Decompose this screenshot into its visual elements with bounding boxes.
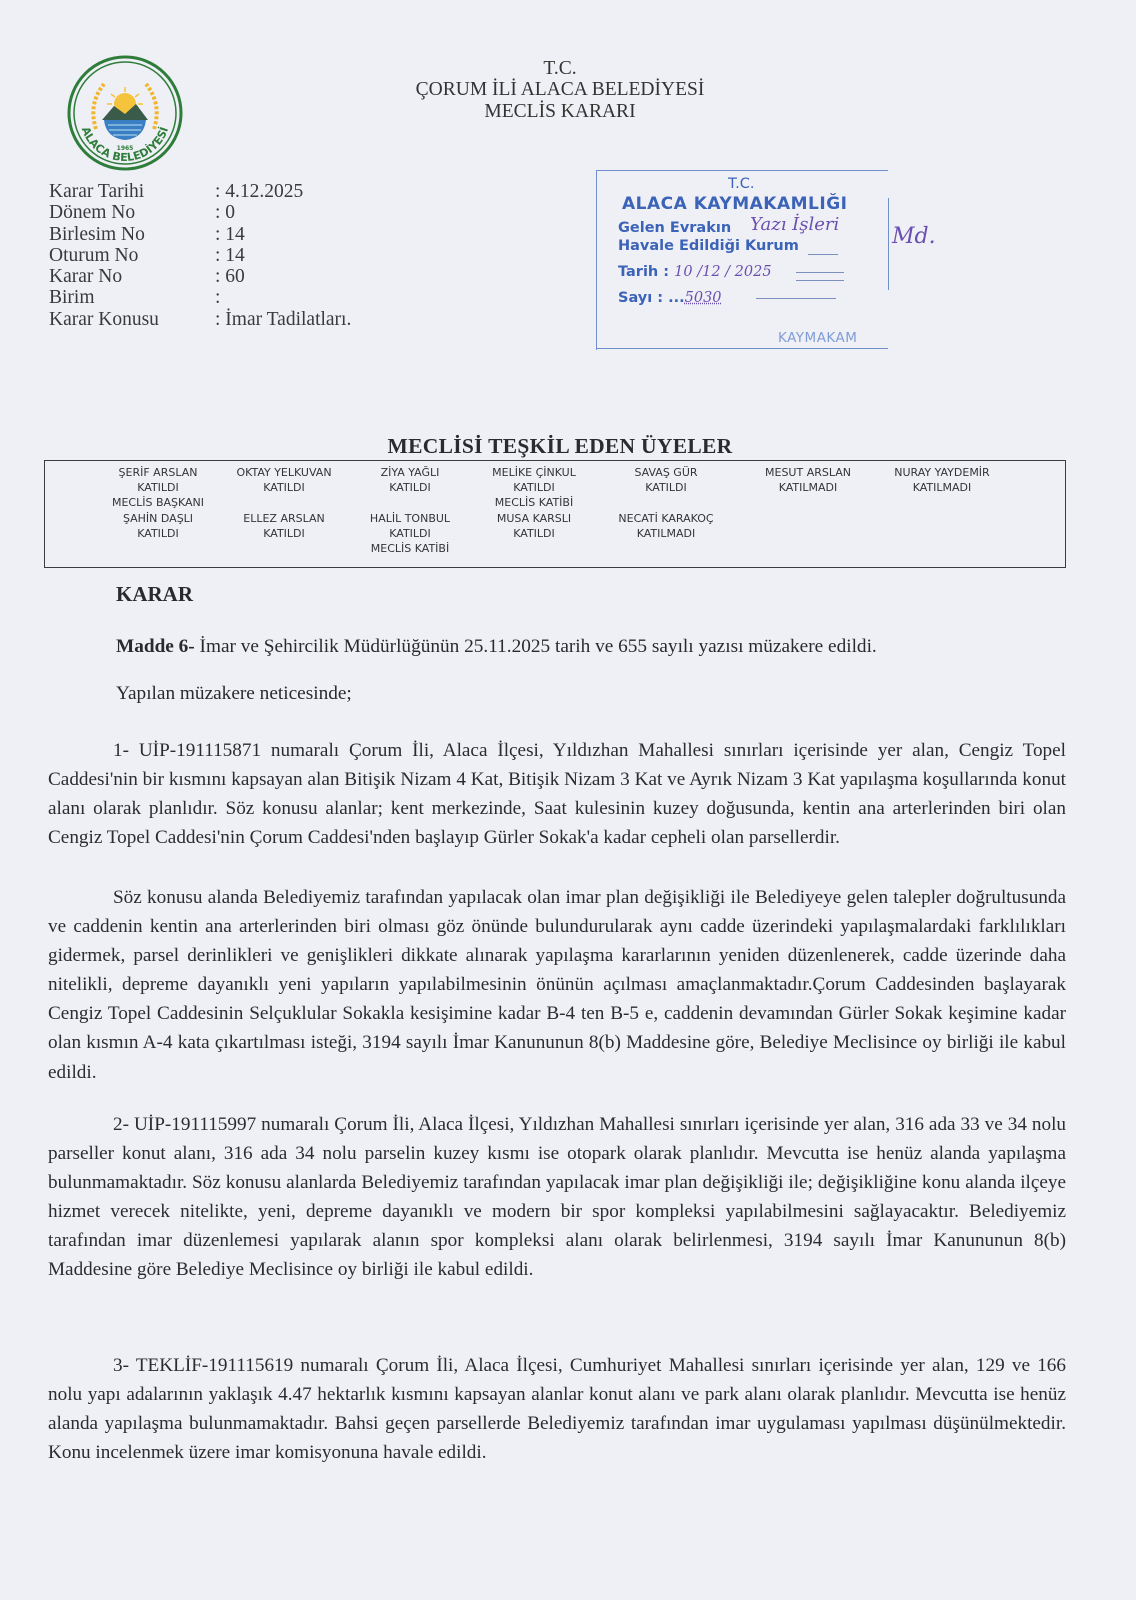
meta-label: Birim: [49, 287, 215, 308]
meta-value: :: [215, 287, 220, 308]
stamp-border-bottom: [596, 348, 888, 349]
member-role: MECLİS KATİBİ: [345, 541, 475, 556]
member-name: MESUT ARSLAN: [743, 465, 873, 480]
member-cell: NECATİ KARAKOÇKATILMADI: [601, 511, 731, 541]
incoming-document-stamp: T.C. ALACA KAYMAKAMLIĞI Gelen Evrakın Ha…: [596, 170, 888, 350]
member-cell: ZİYA YAĞLIKATILDI: [345, 465, 475, 495]
stamp-border-left: [596, 170, 597, 350]
meta-row: Oturum No: 14: [49, 245, 351, 266]
meta-row: Birlesim No: 14: [49, 224, 351, 245]
decision-paragraph-1: 1- UİP-191115871 numaralı Çorum İli, Ala…: [48, 736, 1066, 852]
member-status: KATILDI: [219, 526, 349, 541]
member-name: OKTAY YELKUVAN: [219, 465, 349, 480]
stamp-date: Tarih : 10 /12 / 2025: [618, 264, 772, 280]
member-name: NECATİ KARAKOÇ: [601, 511, 731, 526]
handwritten-md: Md.: [892, 224, 936, 249]
member-cell: OKTAY YELKUVANKATILDI: [219, 465, 349, 495]
member-name: HALİL TONBUL: [345, 511, 475, 526]
meta-row: Karar Tarihi: 4.12.2025: [49, 181, 351, 202]
member-name: ELLEZ ARSLAN: [219, 511, 349, 526]
member-status: KATILMADI: [743, 480, 873, 495]
meta-label: Karar Tarihi: [49, 181, 215, 202]
header-document-type: MECLİS KARARI: [340, 101, 780, 123]
article-label: Madde 6-: [116, 636, 195, 657]
member-status: KATILMADI: [601, 526, 731, 541]
stamp-border-top: [596, 170, 888, 171]
member-status: KATILMADI: [877, 480, 1007, 495]
decision-meta: Karar Tarihi: 4.12.2025 Dönem No: 0 Birl…: [49, 181, 351, 330]
stamp-dash: [756, 298, 836, 299]
member-cell: SAVAŞ GÜRKATILDI: [601, 465, 731, 495]
member-status: KATILDI: [93, 526, 223, 541]
member-status: KATILDI: [345, 480, 475, 495]
stamp-havale-label: Havale Edildiği Kurum: [618, 238, 799, 254]
meta-row: Dönem No: 0: [49, 202, 351, 223]
header-municipality: ÇORUM İLİ ALACA BELEDİYESİ: [340, 79, 780, 101]
member-status: KATILDI: [469, 480, 599, 495]
meta-label: Birlesim No: [49, 224, 215, 245]
member-name: ŞERİF ARSLAN: [93, 465, 223, 480]
meta-row: Karar No: 60: [49, 266, 351, 287]
member-cell: NURAY YAYDEMİRKATILMADI: [877, 465, 1007, 495]
member-name: MUSA KARSLI: [469, 511, 599, 526]
member-cell: ŞERİF ARSLANKATILDIMECLİS BAŞKANI: [93, 465, 223, 510]
stamp-date-label: Tarih :: [618, 264, 669, 280]
member-status: KATILDI: [469, 526, 599, 541]
meta-value: : 4.12.2025: [215, 181, 303, 202]
article-line: Madde 6- İmar ve Şehircilik Müdürlüğünün…: [116, 636, 877, 658]
meta-value: : 0: [215, 202, 235, 223]
member-status: KATILDI: [219, 480, 349, 495]
stamp-tc: T.C.: [728, 176, 754, 192]
meta-value: : İmar Tadilatları.: [215, 309, 351, 330]
member-cell: MUSA KARSLIKATILDI: [469, 511, 599, 541]
stamp-dash: [796, 272, 844, 273]
decision-heading: KARAR: [116, 582, 193, 607]
municipality-logo: 1965 ALACA BELEDİYESİ: [66, 54, 184, 172]
municipality-seal-icon: 1965 ALACA BELEDİYESİ: [66, 54, 184, 172]
stamp-authority: ALACA KAYMAKAMLIĞI: [622, 194, 847, 214]
member-name: MELİKE ÇİNKUL: [469, 465, 599, 480]
members-title: MECLİSİ TEŞKİL EDEN ÜYELER: [300, 434, 820, 459]
member-status: KATILDI: [93, 480, 223, 495]
stamp-number-value: 5030: [685, 290, 722, 306]
member-cell: ELLEZ ARSLANKATILDI: [219, 511, 349, 541]
decision-intro: Yapılan müzakere neticesinde;: [116, 683, 352, 705]
member-cell: ŞAHİN DAŞLIKATILDI: [93, 511, 223, 541]
article-text: İmar ve Şehircilik Müdürlüğünün 25.11.20…: [195, 636, 877, 657]
member-role: MECLİS KATİBİ: [469, 495, 599, 510]
stamp-dash: [796, 280, 844, 281]
meta-label: Oturum No: [49, 245, 215, 266]
meta-label: Karar No: [49, 266, 215, 287]
stamp-footer: KAYMAKAM: [778, 330, 857, 346]
meta-value: : 14: [215, 224, 245, 245]
meta-value: : 60: [215, 266, 245, 287]
member-name: NURAY YAYDEMİR: [877, 465, 1007, 480]
member-name: SAVAŞ GÜR: [601, 465, 731, 480]
stamp-date-value: 10 /12 / 2025: [674, 264, 771, 280]
member-name: ŞAHİN DAŞLI: [93, 511, 223, 526]
member-cell: MELİKE ÇİNKULKATILDIMECLİS KATİBİ: [469, 465, 599, 510]
stamp-dash: [808, 254, 838, 255]
member-role: MECLİS BAŞKANI: [93, 495, 223, 510]
member-status: KATILDI: [345, 526, 475, 541]
meta-row: Karar Konusu: İmar Tadilatları.: [49, 309, 351, 330]
stamp-number: Sayı : ...5030: [618, 290, 722, 306]
meta-row: Birim:: [49, 287, 351, 308]
decision-paragraph-2: 2- UİP-191115997 numaralı Çorum İli, Ala…: [48, 1110, 1066, 1285]
members-table: ŞERİF ARSLANKATILDIMECLİS BAŞKANI OKTAY …: [44, 460, 1066, 568]
decision-paragraph-1-cont: Söz konusu alanda Belediyemiz tarafından…: [48, 883, 1066, 1087]
decision-paragraph-3: 3- TEKLİF-191115619 numaralı Çorum İli, …: [48, 1351, 1066, 1467]
member-name: ZİYA YAĞLI: [345, 465, 475, 480]
stamp-gelen-label: Gelen Evrakın: [618, 220, 731, 236]
meta-value: : 14: [215, 245, 245, 266]
header-tc: T.C.: [340, 58, 780, 80]
stamp-number-label: Sayı : ...: [618, 290, 685, 306]
member-cell: HALİL TONBULKATILDIMECLİS KATİBİ: [345, 511, 475, 556]
stamp-border-right: [888, 198, 889, 290]
handwritten-department: Yazı İşleri: [750, 214, 839, 235]
member-cell: MESUT ARSLANKATILMADI: [743, 465, 873, 495]
member-status: KATILDI: [601, 480, 731, 495]
meta-label: Dönem No: [49, 202, 215, 223]
meta-label: Karar Konusu: [49, 309, 215, 330]
